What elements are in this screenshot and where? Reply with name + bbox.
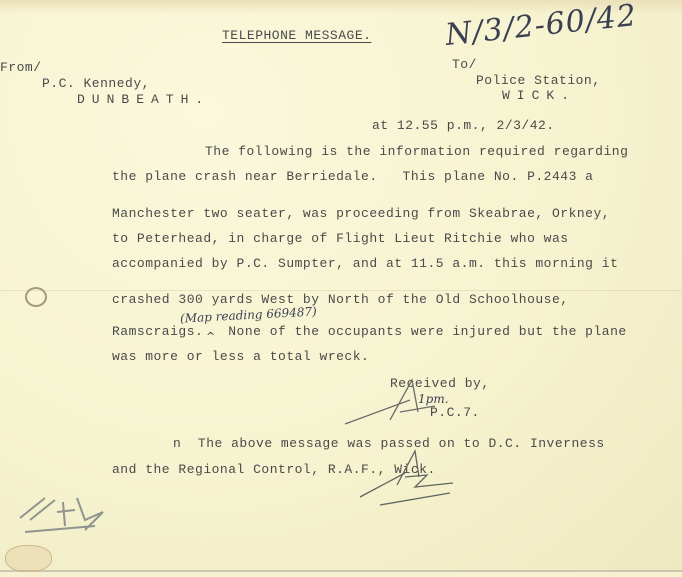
- recipient-name: Police Station,: [476, 73, 601, 88]
- sender-location: DUNBEATH.: [77, 92, 210, 107]
- body-line: to Peterhead, in charge of Flight Lieut …: [112, 231, 569, 246]
- fold-crease: [0, 290, 682, 291]
- sender-name: P.C. Kennedy,: [42, 76, 150, 91]
- body-line: crashed 300 yards West by North of the O…: [112, 292, 569, 307]
- from-label: From/: [0, 60, 42, 75]
- body-line: the plane crash near Berriedale. This pl…: [112, 169, 593, 184]
- body-line: Manchester two seater, was proceeding fr…: [112, 206, 610, 221]
- message-timestamp: at 12.55 p.m., 2/3/42.: [372, 118, 555, 133]
- signature-wick-icon: [355, 445, 475, 510]
- insert-caret: ^: [206, 330, 215, 343]
- handwritten-map-reference: (Map reading 669487): [180, 304, 317, 325]
- punch-hole: [25, 287, 47, 307]
- body-line: accompanied by P.C. Sumpter, and at 11.5…: [112, 256, 618, 271]
- body-line: was more or less a total wreck.: [112, 349, 369, 364]
- initials-bottom-left-icon: [15, 490, 115, 540]
- body-line: The following is the information require…: [205, 144, 628, 159]
- to-label: To/: [452, 57, 477, 72]
- recipient-location: WICK.: [502, 88, 576, 103]
- body-line: Ramscraigs. None of the occupants were i…: [112, 324, 627, 339]
- document-heading: TELEPHONE MESSAGE.: [222, 28, 371, 43]
- document-page: TELEPHONE MESSAGE. N/3/2-60/42 From/ P.C…: [0, 0, 682, 572]
- initials-signature-icon: [340, 372, 450, 432]
- corner-stain: [5, 545, 52, 572]
- reference-number: N/3/2-60/42: [444, 0, 639, 53]
